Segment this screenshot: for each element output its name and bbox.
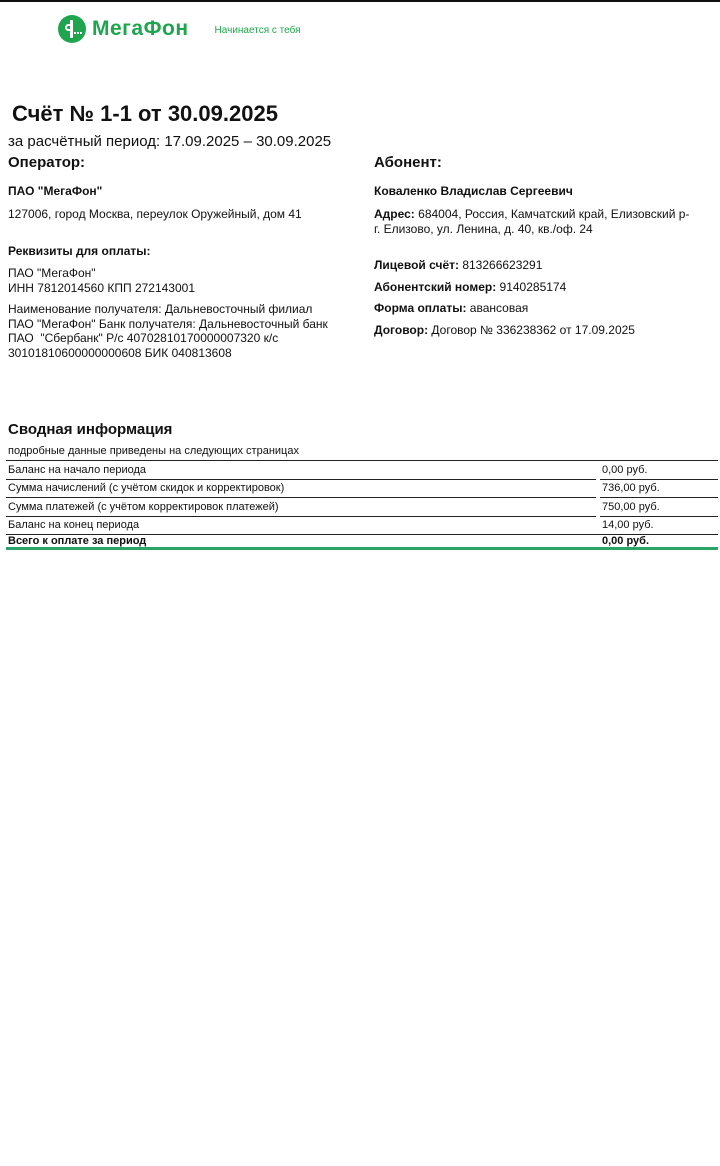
subscriber-number-value: 9140285174 xyxy=(496,280,566,294)
brand-slogan: Начинается с тебя xyxy=(215,25,301,36)
requisites-name: ПАО "МегаФон" xyxy=(8,266,368,281)
subscriber-name: Коваленко Владислав Сергеевич xyxy=(374,184,720,199)
table-row: Баланс на начало периода 0,00 руб. xyxy=(6,460,718,479)
summary-subtitle: подробные данные приведены на следующих … xyxy=(8,445,720,460)
subscriber-heading: Абонент: xyxy=(374,156,720,171)
address-value: 684004, Россия, Камчатский край, Елизовс… xyxy=(415,207,690,221)
contract-value: Договор № 336238362 от 17.09.2025 xyxy=(428,323,635,337)
summary-title: Сводная информация xyxy=(8,421,720,438)
payment-form-row: Форма оплаты: авансовая xyxy=(374,301,720,316)
operator-section: Оператор: ПАО "МегаФон" 127006, город Мо… xyxy=(8,156,368,360)
requisites-heading: Реквизиты для оплаты: xyxy=(8,244,368,259)
summary-section: Сводная информация подробные данные прив… xyxy=(8,421,720,550)
page-header: МегаФон Начинается с тебя xyxy=(58,13,301,45)
summary-table: Баланс на начало периода 0,00 руб. Сумма… xyxy=(6,460,718,550)
total-value: 0,00 руб. xyxy=(600,534,718,550)
total-label: Всего к оплате за период xyxy=(6,534,596,550)
contract-label: Договор: xyxy=(374,323,428,337)
brand-name: МегаФон xyxy=(92,17,189,41)
account-row: Лицевой счёт: 813266623291 xyxy=(374,258,720,273)
row-value: 0,00 руб. xyxy=(600,460,718,479)
row-value: 14,00 руб. xyxy=(600,516,718,535)
subscriber-number-label: Абонентский номер: xyxy=(374,280,496,294)
bank-line: Наименование получателя: Дальневосточный… xyxy=(8,302,368,317)
operator-heading: Оператор: xyxy=(8,156,368,171)
bank-details: Наименование получателя: Дальневосточный… xyxy=(8,302,368,360)
row-value: 750,00 руб. xyxy=(600,497,718,516)
bank-line: 30101810600000000608 БИК 040813608 xyxy=(8,346,368,361)
subscriber-address: Адрес: 684004, Россия, Камчатский край, … xyxy=(374,207,720,236)
row-label: Сумма платежей (с учётом корректировок п… xyxy=(6,497,596,516)
billing-period: за расчётный период: 17.09.2025 – 30.09.… xyxy=(8,133,331,150)
row-value: 736,00 руб. xyxy=(600,479,718,498)
table-row: Сумма начислений (с учётом скидок и корр… xyxy=(6,479,718,498)
contract-row: Договор: Договор № 336238362 от 17.09.20… xyxy=(374,323,720,338)
table-row: Сумма платежей (с учётом корректировок п… xyxy=(6,497,718,516)
operator-name: ПАО "МегаФон" xyxy=(8,184,368,199)
inn-kpp: ИНН 7812014560 КПП 272143001 xyxy=(8,281,368,296)
total-row: Всего к оплате за период 0,00 руб. xyxy=(6,534,718,550)
row-label: Баланс на начало периода xyxy=(6,460,596,479)
payment-form-label: Форма оплаты: xyxy=(374,301,466,315)
subscriber-section: Абонент: Коваленко Владислав Сергеевич А… xyxy=(374,156,720,344)
payment-form-value: авансовая xyxy=(466,301,528,315)
subscriber-number-row: Абонентский номер: 9140285174 xyxy=(374,280,720,295)
row-label: Баланс на конец периода xyxy=(6,516,596,535)
invoice-title: Счёт № 1-1 от 30.09.2025 xyxy=(12,101,278,127)
address-label: Адрес: xyxy=(374,207,415,221)
address-value-line2: г. Елизово, ул. Ленина, д. 40, кв./оф. 2… xyxy=(374,222,720,237)
table-row: Баланс на конец периода 14,00 руб. xyxy=(6,516,718,535)
bank-line: ПАО "МегаФон" Банк получателя: Дальневос… xyxy=(8,317,368,332)
account-value: 813266623291 xyxy=(459,258,542,272)
operator-address: 127006, город Москва, переулок Оружейный… xyxy=(8,207,368,222)
row-label: Сумма начислений (с учётом скидок и корр… xyxy=(6,479,596,498)
bank-line: ПАО "Сбербанк" Р/с 40702810170000007320 … xyxy=(8,331,368,346)
megafon-logo-icon xyxy=(58,15,86,43)
account-label: Лицевой счёт: xyxy=(374,258,459,272)
